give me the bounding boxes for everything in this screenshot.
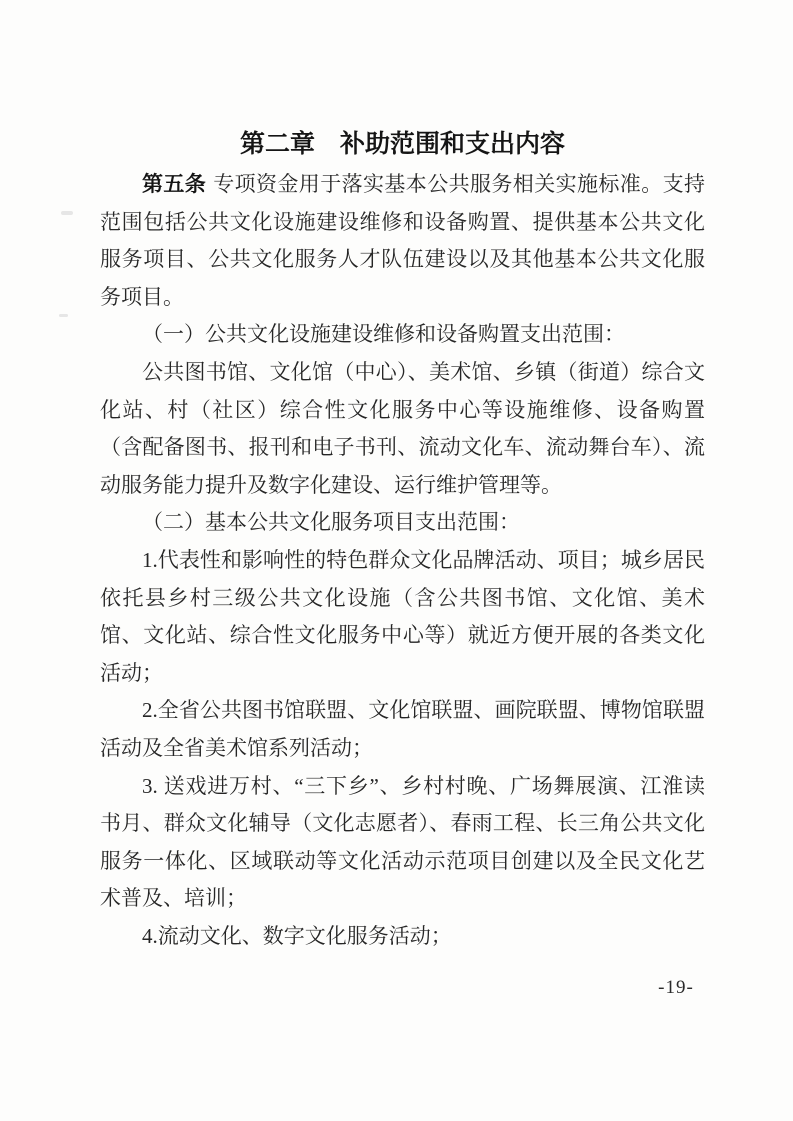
article-number: 第五条 xyxy=(142,172,206,196)
body-paragraph: 4.流动文化、数字文化服务活动； xyxy=(100,918,705,956)
scan-smudge xyxy=(61,211,73,215)
article-paragraph: 第五条专项资金用于落实基本公共服务相关实施标准。支持范围包括公共文化设施建设维修… xyxy=(100,166,705,316)
body-paragraph: 公共图书馆、文化馆（中心）、美术馆、乡镇（街道）综合文化站、村（社区）综合性文化… xyxy=(100,354,705,504)
scan-smudge xyxy=(59,314,68,317)
chapter-heading: 第二章 补助范围和支出内容 xyxy=(100,128,705,160)
body-paragraph: （二）基本公共文化服务项目支出范围： xyxy=(100,504,705,542)
body-paragraph: 3. 送戏进万村、“三下乡”、乡村村晚、广场舞展演、江淮读书月、群众文化辅导（文… xyxy=(100,768,705,918)
body-paragraph: （一）公共文化设施建设维修和设备购置支出范围： xyxy=(100,316,705,354)
document-page: 第二章 补助范围和支出内容 第五条专项资金用于落实基本公共服务相关实施标准。支持… xyxy=(0,0,793,1121)
body-paragraph: 2.全省公共图书馆联盟、文化馆联盟、画院联盟、博物馆联盟活动及全省美术馆系列活动… xyxy=(100,692,705,767)
page-body: 第二章 补助范围和支出内容 第五条专项资金用于落实基本公共服务相关实施标准。支持… xyxy=(100,128,705,955)
body-paragraph: 1.代表性和影响性的特色群众文化品牌活动、项目；城乡居民依托县乡村三级公共文化设… xyxy=(100,542,705,692)
page-number: -19- xyxy=(646,977,706,999)
